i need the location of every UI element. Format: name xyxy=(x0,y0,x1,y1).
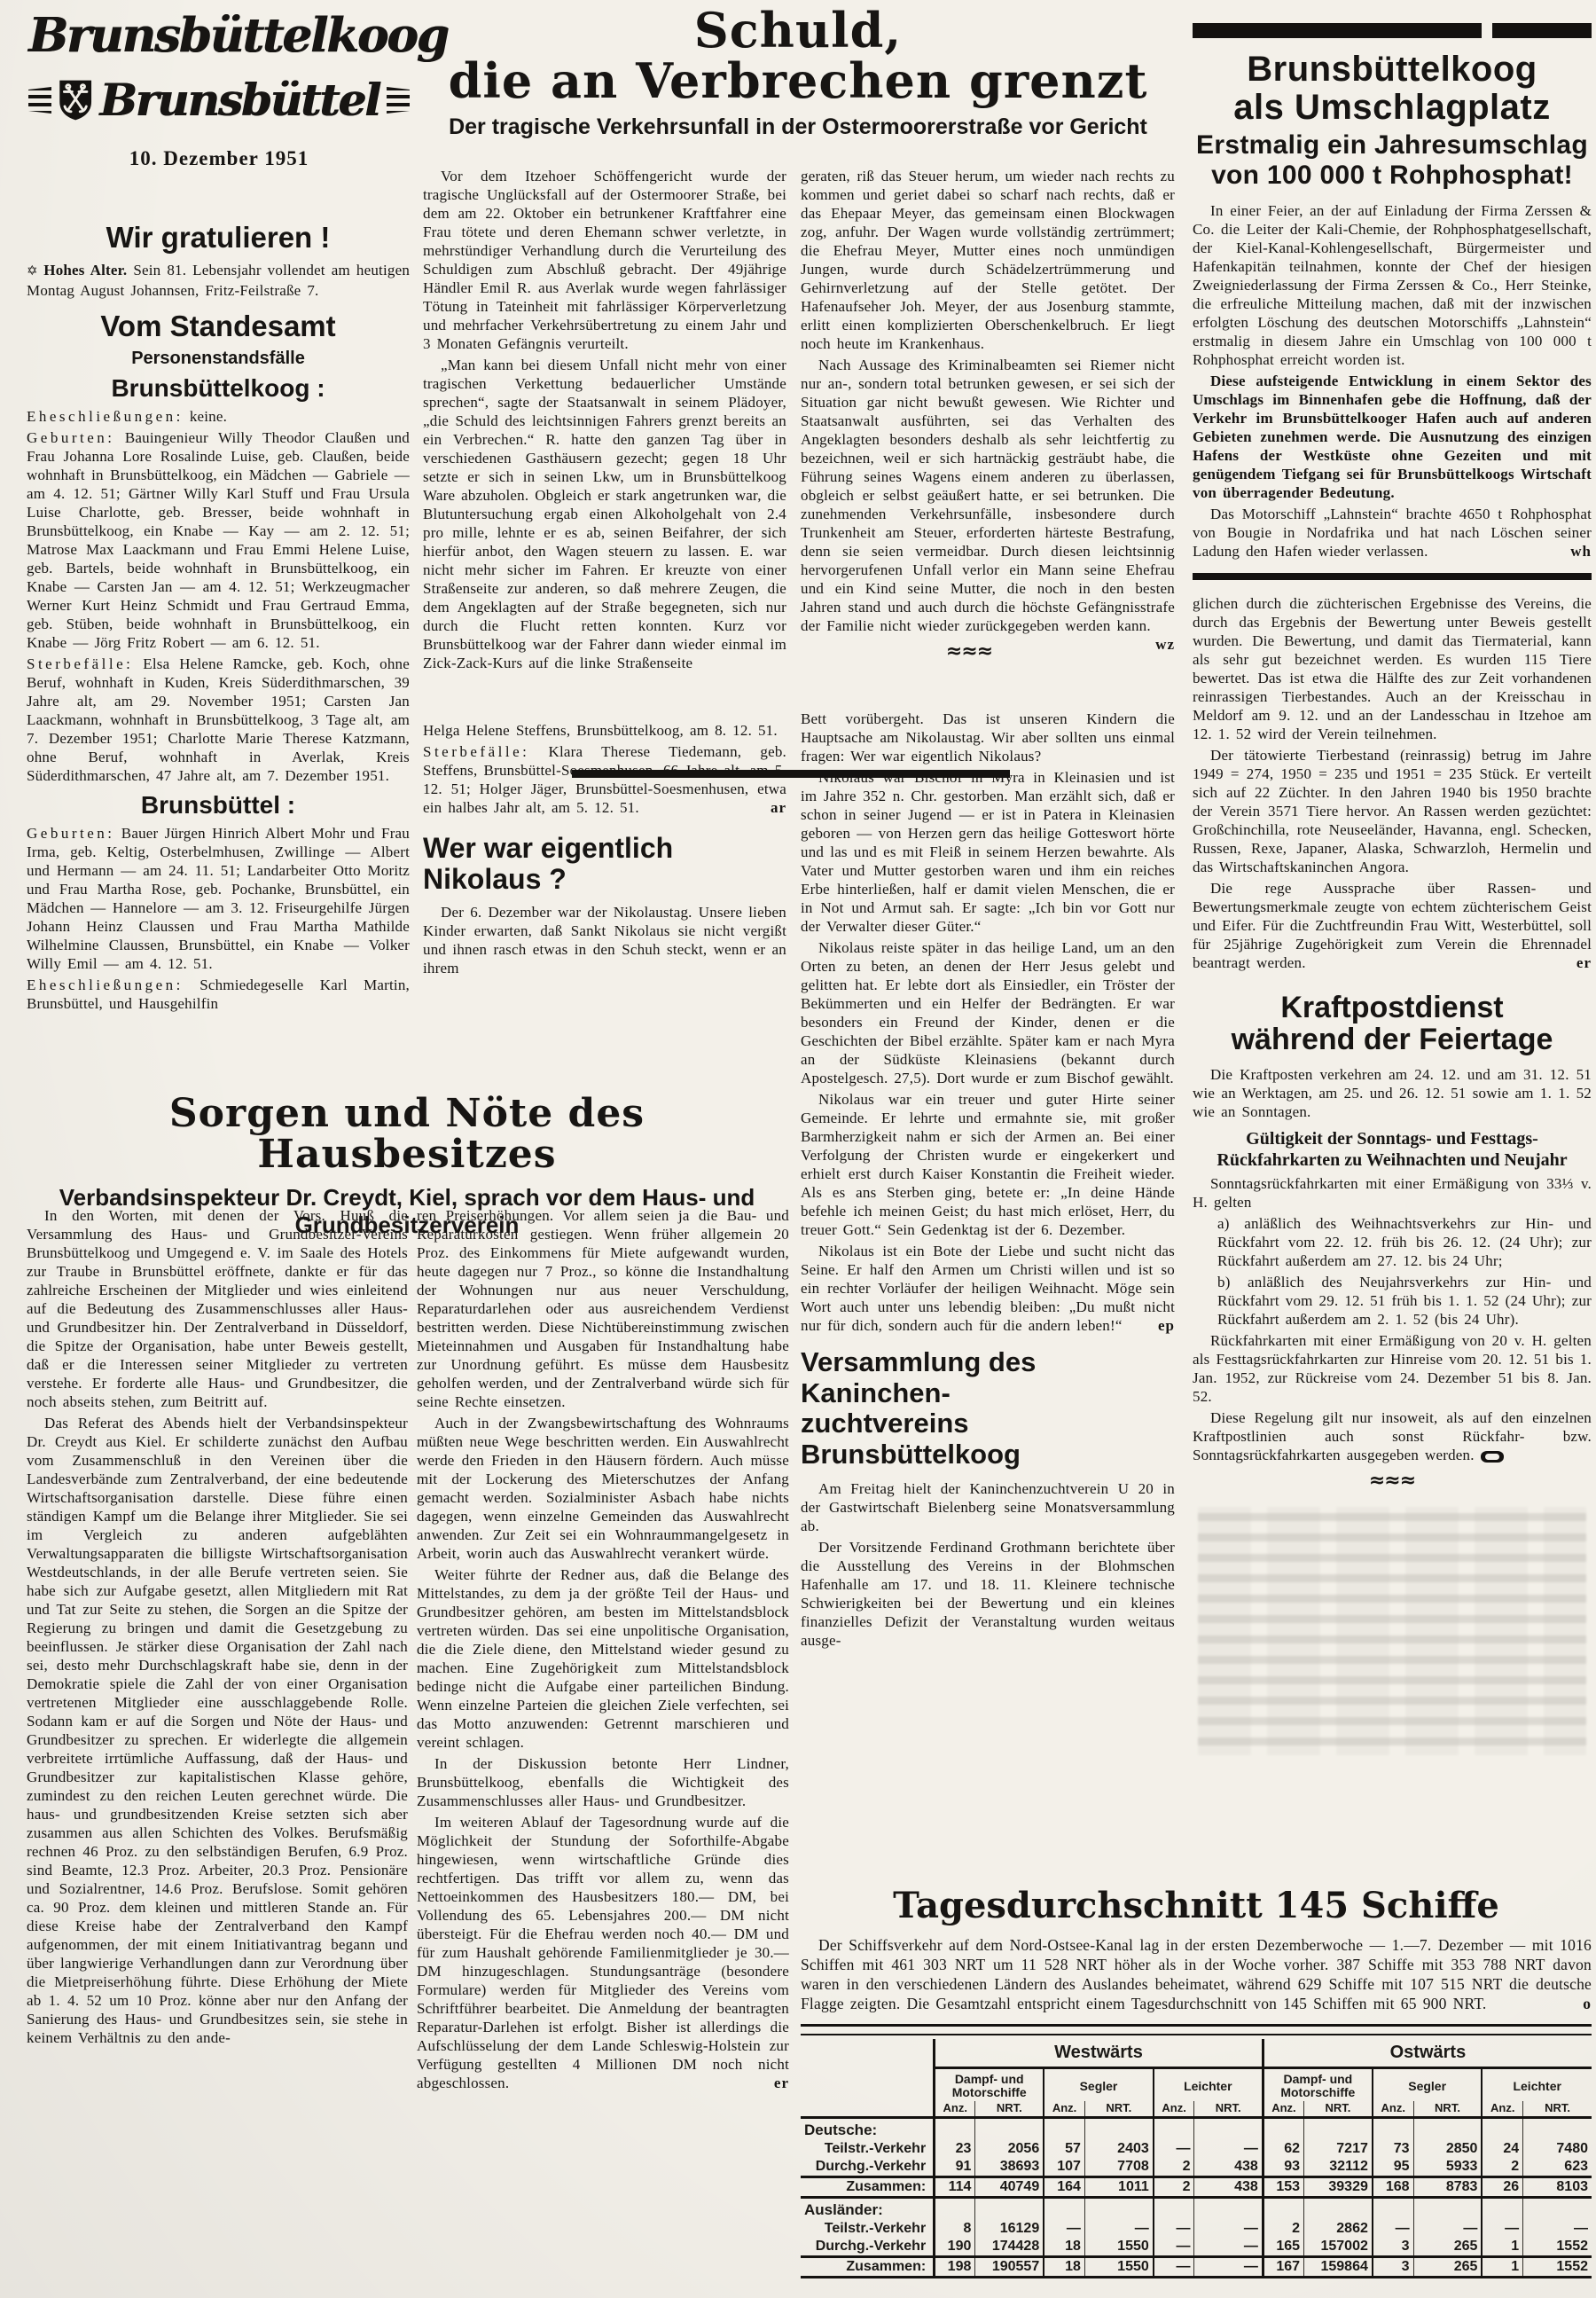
table-cell: 73 xyxy=(1373,2140,1413,2158)
table-cell: 39329 xyxy=(1304,2177,1373,2198)
article-schiffsverkehr: Tagesdurchschnitt 145 Schiffe Der Schiff… xyxy=(801,1887,1592,2278)
article-paragraph: Der Schiffsverkehr auf dem Nord-Ostsee-K… xyxy=(801,1935,1592,2013)
article-schiffsverkehr-headline: Tagesdurchschnitt 145 Schiffe xyxy=(801,1887,1592,1925)
table-unit-header: NRT. xyxy=(1304,2101,1373,2118)
table-cell: 3 xyxy=(1373,2238,1413,2257)
masthead-title-line2: Brunsbüttel xyxy=(99,78,379,122)
table-subgroup-header: Segler xyxy=(1373,2068,1483,2102)
article-paragraph: Diese aufsteigende Entwicklung in einem … xyxy=(1193,372,1592,502)
author-initials: wh xyxy=(1553,542,1592,561)
author-initials: ep xyxy=(1140,1316,1175,1335)
table-cell: 265 xyxy=(1413,2257,1482,2278)
table-section-label: Ausländer: xyxy=(801,2198,935,2221)
table-unit-header: NRT. xyxy=(1413,2101,1482,2118)
article-paragraph: glichen durch die züchterischen Ergebnis… xyxy=(1193,594,1592,743)
table-cell: 167 xyxy=(1263,2257,1303,2278)
article-paragraph: Der 6. Dezember war der Nikolaustag. Uns… xyxy=(423,903,786,977)
table-cell: 7480 xyxy=(1523,2140,1592,2158)
table-cell: — xyxy=(1154,2238,1194,2257)
table-cell: — xyxy=(1194,2257,1263,2278)
table-cell: 24 xyxy=(1482,2140,1522,2158)
table-cell: 57 xyxy=(1044,2140,1084,2158)
column-sorgen-right: ren Preiserhöhungen. Vor allem seien ja … xyxy=(417,1206,789,2275)
table-cell: 190 xyxy=(935,2238,975,2257)
article-paragraph: In einer Feier, an der auf Einladung der… xyxy=(1193,201,1592,369)
table-cell: 114 xyxy=(935,2177,975,2198)
article-heading: Erstmalig ein Jahresumschlagvon 100 000 … xyxy=(1193,130,1592,190)
article-heading: Brunsbüttelkoog : xyxy=(27,375,410,403)
row-label: Durchg.-Verkehr xyxy=(801,2238,935,2257)
spaced-lead: Eheschließungen: xyxy=(27,408,184,425)
table-cell: — xyxy=(1154,2140,1194,2158)
row-label: Teilstr.-Verkehr xyxy=(801,2140,935,2158)
column-rule xyxy=(1193,573,1592,580)
author-initials: er xyxy=(1559,953,1592,972)
table-unit-header: NRT. xyxy=(975,2101,1044,2118)
article-heading: Personenstandsfälle xyxy=(27,349,410,368)
article-heading: Wir gratulieren ! xyxy=(27,222,410,254)
table-cell: 8783 xyxy=(1413,2177,1482,2198)
article-paragraph: Nikolaus war Bischof in Myra in Kleinasi… xyxy=(801,768,1175,936)
anchor-shield-icon xyxy=(59,67,92,134)
author-initials: o xyxy=(1565,1994,1592,2013)
table-cell: 438 xyxy=(1194,2177,1263,2198)
ghost-text xyxy=(1198,1507,1586,1755)
article-paragraph: Weiter führte der Redner aus, daß die Be… xyxy=(417,1565,789,1752)
table-subgroup-header: Leichter xyxy=(1154,2068,1263,2102)
table-subgroup-header: Dampf- undMotorschiffe xyxy=(1263,2068,1373,2102)
table-unit-header: NRT. xyxy=(1084,2101,1153,2118)
article-paragraph: ✡ Hohes Alter. Sein 81. Lebensjahr volle… xyxy=(27,261,410,300)
table-cell: — xyxy=(1154,2220,1194,2238)
author-initials: ar xyxy=(771,798,786,817)
article-heading: Kraftpostdienstwährend der Feiertage xyxy=(1193,992,1592,1056)
table-cell: 2403 xyxy=(1084,2140,1153,2158)
table-group-header: Westwärts xyxy=(935,2039,1263,2068)
table-cell: 2862 xyxy=(1304,2220,1373,2238)
table-cell: 40749 xyxy=(975,2177,1044,2198)
table-cell: 2 xyxy=(1154,2177,1194,2198)
table-cell: 1550 xyxy=(1084,2257,1153,2278)
table-cell: — xyxy=(1523,2220,1592,2238)
table-row: Zusammen:198190557181550——16715986432651… xyxy=(801,2257,1592,2278)
table-cell: 164 xyxy=(1044,2177,1084,2198)
issue-date: 10. Dezember 1951 xyxy=(28,148,410,169)
table-cell: 107 xyxy=(1044,2158,1084,2177)
article-paragraph: „Man kann bei diesem Unfall nicht mehr v… xyxy=(423,356,786,672)
article-paragraph: Eheschließungen: Schmiedegeselle Karl Ma… xyxy=(27,976,410,1013)
star-icon: ✡ xyxy=(27,264,43,278)
article-schiffsverkehr-intro: Der Schiffsverkehr auf dem Nord-Ostsee-K… xyxy=(801,1935,1592,2013)
headline: Sorgen und Nöte des Hausbesitzes xyxy=(27,1094,787,1175)
table-unit-header: Anz. xyxy=(1154,2101,1194,2118)
article-schuld-subhead: Der tragische Verkehrsunfall in der Oste… xyxy=(421,114,1175,140)
table-cell: — xyxy=(1194,2140,1263,2158)
table-cell: 18 xyxy=(1044,2238,1084,2257)
author-initials: er xyxy=(756,2074,789,2092)
spaced-lead: Sterbefälle: xyxy=(423,743,529,760)
table-group-header: Ostwärts xyxy=(1263,2039,1592,2068)
table-subgroup-header: Leichter xyxy=(1482,2068,1592,2102)
masthead-flourish-left xyxy=(28,87,51,114)
table-cell: — xyxy=(1482,2220,1522,2238)
table-cell: 1550 xyxy=(1084,2238,1153,2257)
article-paragraph: Sonntagsrückfahrkarten mit einer Ermäßig… xyxy=(1193,1174,1592,1212)
article-paragraph: Bett vorübergeht. Das ist unseren Kinder… xyxy=(801,710,1175,765)
article-heading: Versammlung des Kaninchen-zuchtvereins B… xyxy=(801,1347,1175,1471)
table-unit-header: Anz. xyxy=(935,2101,975,2118)
article-paragraph: Im weiteren Ablauf der Tagesordnung wurd… xyxy=(417,1813,789,2092)
table-row: Zusammen:1144074916410112438153393291688… xyxy=(801,2177,1592,2198)
article-heading: Wer war eigentlich Nikolaus ? xyxy=(423,833,786,894)
table-cell: 18 xyxy=(1044,2257,1084,2278)
top-bar xyxy=(1193,23,1592,38)
article-paragraph: geraten, riß das Steuer herum, um wieder… xyxy=(801,167,1175,353)
row-label: Zusammen: xyxy=(801,2257,935,2278)
article-paragraph: Helga Helene Steffens, Brunsbüttelkoog, … xyxy=(423,721,786,740)
article-paragraph: Am Freitag hielt der Kaninchenzuchtverei… xyxy=(801,1479,1175,1535)
table-cell: 159864 xyxy=(1304,2257,1373,2278)
column-sorgen-left: In den Worten, mit denen der Vors. Huuß … xyxy=(27,1206,408,2275)
article-paragraph: Die Kraftposten verkehren am 24. 12. und… xyxy=(1193,1065,1592,1121)
article-paragraph: In der Diskussion betonte Herr Lindner, … xyxy=(417,1754,789,1810)
author-initials: wz xyxy=(1138,635,1175,654)
table-unit-header: Anz. xyxy=(1373,2101,1413,2118)
section-separator: ≈≈≈ xyxy=(801,642,1175,662)
table-cell: 26 xyxy=(1482,2177,1522,2198)
article-paragraph: Das Motorschiff „Lahnstein“ brachte 4650… xyxy=(1193,505,1592,561)
spaced-lead: Geburten: xyxy=(27,825,114,842)
table-cell: 2 xyxy=(1482,2158,1522,2177)
article-paragraph: Nikolaus reiste später in das heilige La… xyxy=(801,938,1175,1087)
article-paragraph: Die rege Aussprache über Rassen- und Bew… xyxy=(1193,879,1592,972)
masthead-title-line1: Brunsbüttelkoog xyxy=(28,12,410,59)
table-unit-header: Anz. xyxy=(1263,2101,1303,2118)
table-cell: 1 xyxy=(1482,2257,1522,2278)
headline-line2: die an Verbrechen grenzt xyxy=(421,56,1175,106)
table-cell: 2850 xyxy=(1413,2140,1482,2158)
table-cell: 165 xyxy=(1263,2238,1303,2257)
table-cell: — xyxy=(1373,2220,1413,2238)
article-paragraph: Vor dem Itzehoer Schöffengericht wurde d… xyxy=(423,167,786,353)
table-cell: 91 xyxy=(935,2158,975,2177)
article-paragraph: ren Preiserhöhungen. Vor allem seien ja … xyxy=(417,1206,789,1411)
table-row: Durchg.-Verkehr9138693107770824389332112… xyxy=(801,2158,1592,2177)
table-cell: 7708 xyxy=(1084,2158,1153,2177)
table-subgroup-header: Dampf- undMotorschiffe xyxy=(935,2068,1044,2102)
article-paragraph: Sterbefälle: Klara Therese Tiedemann, ge… xyxy=(423,742,786,817)
spaced-lead: Geburten: xyxy=(27,429,114,446)
article-paragraph: Rückfahrkarten mit einer Ermäßigung von … xyxy=(1193,1331,1592,1406)
table-cell: 3 xyxy=(1373,2257,1413,2278)
column-local-news: Wir gratulieren !✡ Hohes Alter. Sein 81.… xyxy=(27,211,410,1196)
table-cell: 438 xyxy=(1194,2158,1263,2177)
row-label: Zusammen: xyxy=(801,2177,935,2198)
table-row: Teilstr.-Verkehr816129————22862———— xyxy=(801,2220,1592,2238)
table-cell: 95 xyxy=(1373,2158,1413,2177)
row-label: Durchg.-Verkehr xyxy=(801,2158,935,2177)
table-cell: — xyxy=(1084,2220,1153,2238)
article-paragraph: Nikolaus war ein treuer und guter Hirte … xyxy=(801,1090,1175,1239)
table-unit-header: Anz. xyxy=(1482,2101,1522,2118)
table-cell: 1011 xyxy=(1084,2177,1153,2198)
article-paragraph: Geburten: Bauer Jürgen Hinrich Albert Mo… xyxy=(27,824,410,973)
table-cell: 265 xyxy=(1413,2238,1482,2257)
article-paragraph: Eheschließungen: keine. xyxy=(27,407,410,426)
table-cell: 23 xyxy=(935,2140,975,2158)
table-cell: 1 xyxy=(1482,2238,1522,2257)
article-paragraph: a) anläßlich des Weihnachtsverkehrs zur … xyxy=(1193,1214,1592,1270)
shipping-statistics-table: WestwärtsOstwärtsDampf- undMotorschiffeS… xyxy=(801,2039,1592,2278)
article-paragraph: b) anläßlich des Neujahrsverkehrs zur Hi… xyxy=(1193,1273,1592,1329)
table-cell: 2 xyxy=(1154,2158,1194,2177)
table-cell: 1552 xyxy=(1523,2238,1592,2257)
article-paragraph: Nach Aussage des Kriminalbeamten sei Rie… xyxy=(801,356,1175,635)
table-cell: 5933 xyxy=(1413,2158,1482,2177)
article-paragraph: Das Referat des Abends hielt der Verband… xyxy=(27,1414,408,2047)
table-cell: 190557 xyxy=(975,2257,1044,2278)
table-cell: — xyxy=(1154,2257,1194,2278)
spacer xyxy=(423,675,786,721)
table-cell: 157002 xyxy=(1304,2238,1373,2257)
article-heading: Vom Standesamt xyxy=(27,310,410,342)
table-cell: 153 xyxy=(1263,2177,1303,2198)
table-cell: 93 xyxy=(1263,2158,1303,2177)
newspaper-page: Brunsbüttelkoog Brunsbüttel 10. Dezember… xyxy=(0,0,1596,2298)
table-top-rule xyxy=(801,2024,1592,2035)
table-cell: 7217 xyxy=(1304,2140,1373,2158)
table-section-label: Deutsche: xyxy=(801,2118,935,2141)
table-cell: 38693 xyxy=(975,2158,1044,2177)
column-schuld-right: geraten, riß das Steuer herum, um wieder… xyxy=(801,167,1175,1882)
article-paragraph: Diese Regelung gilt nur insoweit, als au… xyxy=(1193,1408,1592,1464)
table-cell: 198 xyxy=(935,2257,975,2278)
article-paragraph: Nikolaus ist ein Bote der Liebe und such… xyxy=(801,1242,1175,1335)
row-label: Teilstr.-Verkehr xyxy=(801,2220,935,2238)
table-cell: 62 xyxy=(1263,2140,1303,2158)
article-paragraph: Der Vorsitzende Ferdinand Grothmann beri… xyxy=(801,1538,1175,1650)
table-cell: 8 xyxy=(935,2220,975,2238)
article-paragraph: Geburten: Bauingenieur Willy Theodor Cla… xyxy=(27,428,410,652)
article-paragraph: Sterbefälle: Elsa Helene Ramcke, geb. Ko… xyxy=(27,655,410,785)
table-unit-header: NRT. xyxy=(1523,2101,1592,2118)
table-cell: — xyxy=(1413,2220,1482,2238)
article-heading: Brunsbüttel : xyxy=(27,792,410,820)
table-unit-header: NRT. xyxy=(1194,2101,1263,2118)
table-cell: 8103 xyxy=(1523,2177,1592,2198)
table-subgroup-header: Segler xyxy=(1044,2068,1154,2102)
article-paragraph: Auch in der Zwangsbewirtschaftung des Wo… xyxy=(417,1414,789,1563)
table-cell: 2056 xyxy=(975,2140,1044,2158)
spacer xyxy=(801,669,1175,710)
masthead: Brunsbüttelkoog Brunsbüttel 10. Dezember… xyxy=(28,12,410,169)
headline-line1: Schuld, xyxy=(421,5,1175,56)
column-schuld-left: Vor dem Itzehoer Schöffengericht wurde d… xyxy=(423,167,786,1094)
table-row: Teilstr.-Verkehr232056572403——6272177328… xyxy=(801,2140,1592,2158)
article-heading: Gültigkeit der Sonntags- und Festtags-Rü… xyxy=(1193,1128,1592,1171)
table-unit-header: Anz. xyxy=(1044,2101,1084,2118)
article-paragraph: In den Worten, mit denen der Vors. Huuß … xyxy=(27,1206,408,1411)
spaced-lead: Sterbefälle: xyxy=(27,655,133,672)
masthead-flourish-right xyxy=(387,87,410,114)
table-cell: 32112 xyxy=(1304,2158,1373,2177)
table-cell: — xyxy=(1194,2220,1263,2238)
article-paragraph: Der tätowierte Tierbestand (reinrassig) … xyxy=(1193,746,1592,876)
table-cell: 623 xyxy=(1523,2158,1592,2177)
article-heading: Brunsbüttelkoogals Umschlagplatz xyxy=(1193,51,1592,127)
table-cell: 168 xyxy=(1373,2177,1413,2198)
spaced-lead: Eheschließungen: xyxy=(27,976,184,993)
table-cell: — xyxy=(1044,2220,1084,2238)
table-cell: 1552 xyxy=(1523,2257,1592,2278)
table-cell: — xyxy=(1194,2238,1263,2257)
table-row: Durchg.-Verkehr190174428181550——16515700… xyxy=(801,2238,1592,2257)
table-cell: 174428 xyxy=(975,2238,1044,2257)
column-umschlagplatz: Brunsbüttelkoogals UmschlagplatzErstmali… xyxy=(1193,23,1592,2063)
table-cell: 16129 xyxy=(975,2220,1044,2238)
table-cell: 2 xyxy=(1263,2220,1303,2238)
section-rule xyxy=(572,770,1010,778)
section-separator: ≈≈≈ xyxy=(1193,1471,1592,1491)
posthorn-icon xyxy=(1481,1451,1504,1463)
article-schuld-headline: Schuld, die an Verbrechen grenzt Der tra… xyxy=(421,5,1175,140)
